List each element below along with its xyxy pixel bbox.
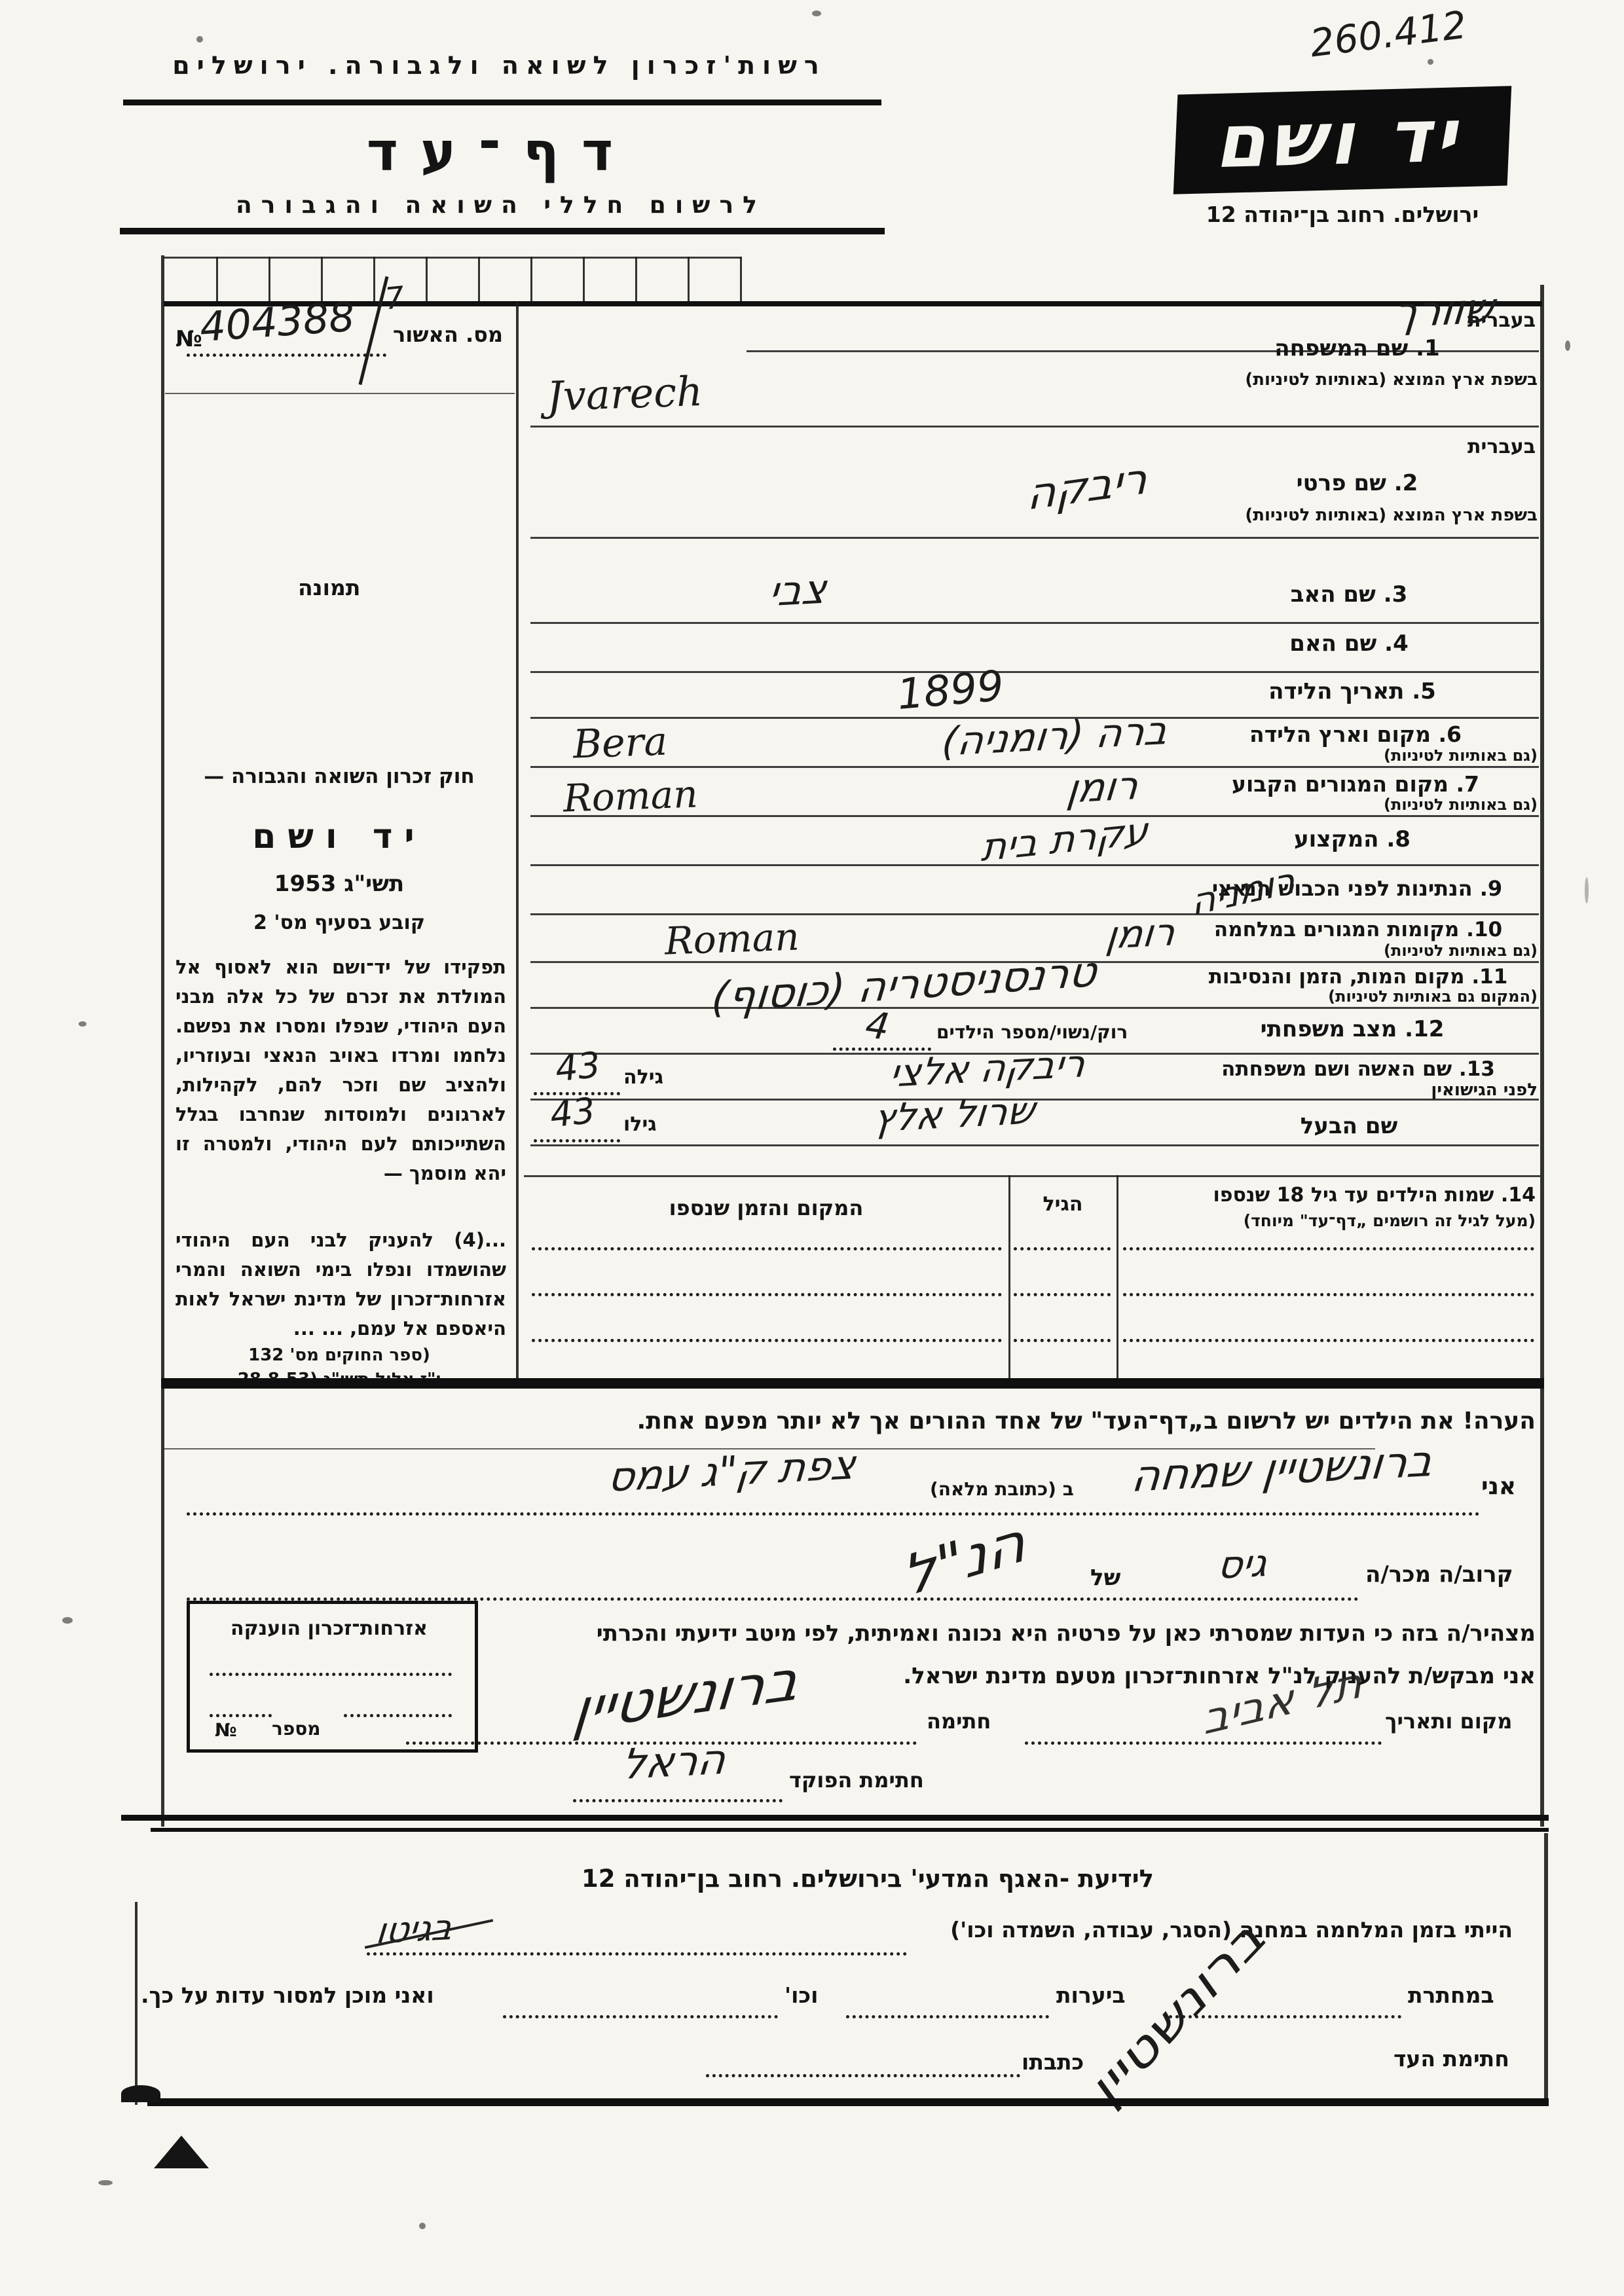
field-rule — [530, 766, 1539, 768]
header-rule-top — [123, 100, 881, 105]
underground-label: במחתרת — [1408, 1982, 1494, 2008]
field13-sub-label: לפני הגישואין — [1342, 1080, 1538, 1100]
strip-cell-line — [740, 257, 742, 302]
birthplace-latin-handwritten: Bera — [572, 719, 668, 768]
his-address-dots — [706, 2074, 1020, 2077]
residence-hebrew-handwritten: רומן — [1065, 763, 1140, 812]
wife-name-handwritten: ריבקה אלצי — [887, 1041, 1087, 1095]
approval-number-sign: № — [175, 326, 202, 352]
scan-artifact — [812, 10, 821, 16]
approval-suffix-handwritten: 7 — [383, 280, 406, 317]
relation-handwritten: גיס — [1215, 1540, 1269, 1588]
full-address-label: ב (כתובת מלאה) — [930, 1478, 1074, 1500]
witness-address-handwritten: צפת ק"ג עמס — [606, 1440, 858, 1501]
law-clause: ...(4) להעניק לבני העם היהודי שהושמדו ונ… — [175, 1226, 506, 1343]
form-subtitle: לרשום חללי השואה והגבורה — [124, 192, 877, 219]
field6-label: 6. מקום וארץ הלידה — [1179, 721, 1532, 747]
memorial-box-dots — [210, 1673, 452, 1676]
his-address-label: כתבתו — [1022, 2049, 1084, 2075]
marital-status-options: רוק/נשוי/מספר הילדים — [936, 1021, 1172, 1043]
strip-cell-line — [478, 257, 480, 302]
etc-dots — [503, 2015, 778, 2018]
field-rule — [530, 426, 1539, 428]
his-age-dots — [534, 1139, 620, 1142]
his-age-handwritten: 43 — [548, 1090, 597, 1136]
yad-vashem-logo-text: יד ושם — [1211, 87, 1474, 191]
approval-label: מס. האשור — [393, 322, 503, 347]
law-reference-1: (ספר החוקים מס' 132 — [172, 1345, 507, 1365]
relation-label: קרוב/ה מכר/ה — [1365, 1561, 1513, 1588]
bottom-border-left — [135, 1902, 138, 2105]
birth-year-handwritten: 1899 — [895, 662, 1006, 720]
firstname-hebrew-handwritten: ריבקה — [1026, 454, 1148, 520]
field1-sub-label: בשפת ארץ המוצא (באותיות לטיניות) — [1179, 370, 1538, 390]
of-label: של — [1090, 1565, 1120, 1591]
field13-label: 13. שם האשה ושם משפחתה — [1179, 1057, 1538, 1081]
memorial-box-dots — [210, 1714, 272, 1717]
field7-label: 7. מקום המגורים הקבוע — [1179, 771, 1532, 797]
forests-label: ביערות — [1056, 1982, 1126, 2008]
children-age-column-header: הגיל — [1014, 1193, 1112, 1216]
scan-artifact — [98, 2180, 113, 2185]
science-branch-note: לידיעת -האגף המדעי' בירושלים. רחוב בן־יה… — [458, 1865, 1277, 1893]
children-row-dots — [1123, 1293, 1534, 1296]
memorial-box-title: אזרחות־זכרון הוענקה — [193, 1617, 465, 1640]
witness-line-dots — [187, 1512, 1480, 1516]
children-row-dots — [1123, 1339, 1534, 1342]
note-line: הערה! את הילדים יש לרשום ב„דף־העד" של אח… — [216, 1408, 1536, 1434]
field7-sub-label: (גם באותיות לטיניות) — [1179, 795, 1538, 814]
strip-top-rule — [164, 257, 741, 259]
witness-signature-handwritten: ברונשטיין — [1076, 1913, 1276, 2115]
scan-artifact — [1428, 59, 1433, 65]
scan-artifact — [1565, 340, 1570, 351]
field3-label: 3. שם האב — [1179, 581, 1519, 608]
logo-address: ירושלים. רחוב בן־יהודה 12 — [1172, 202, 1513, 227]
value-area-divider — [516, 302, 519, 1383]
field14-sub-label: (מעל לגיל זה רושמים „דף־עד" מיוחד) — [1123, 1211, 1536, 1230]
law-intro: חוק זכרון השואה והגבורה — — [172, 765, 507, 788]
children-table-divider — [1008, 1175, 1010, 1378]
form-title: דף־עד — [124, 121, 877, 183]
field11-sub-label: (המקום גם באותיות לטיניות) — [1179, 987, 1538, 1006]
children-row-dots — [1014, 1247, 1111, 1250]
scan-artifact — [62, 1617, 73, 1624]
her-age-label: גילה — [623, 1066, 663, 1089]
war-residence-latin-handwritten: Roman — [664, 914, 800, 963]
war-residence-hebrew-handwritten: רומן — [1104, 909, 1177, 957]
memorial-box-dots — [344, 1714, 452, 1717]
surname-latin-handwritten: Jvarech — [546, 367, 703, 420]
header-rule-bottom — [120, 228, 885, 234]
husband-name-label: שם הבעל — [1179, 1113, 1519, 1139]
field-rule — [530, 1007, 1539, 1009]
law-year: תשי"ג 1953 — [172, 871, 507, 897]
profession-handwritten: עקרת בית — [980, 809, 1149, 870]
form-border-left — [161, 255, 164, 1827]
children-table-top — [524, 1175, 1540, 1177]
scan-artifact — [79, 1021, 86, 1027]
children-row-dots — [532, 1293, 1002, 1296]
children-row-dots — [532, 1247, 1002, 1250]
field11-label: 11. מקום המות, הזמן והנסיבות — [1179, 965, 1538, 989]
law-name: יד ושם — [172, 817, 507, 856]
strip-cell-line — [268, 257, 270, 302]
section-double-rule-1 — [121, 1815, 1549, 1821]
place-date-dots — [1025, 1741, 1382, 1745]
children-row-dots — [1123, 1247, 1534, 1250]
children-count-handwritten: 4 — [863, 1004, 892, 1049]
children-table-divider — [1116, 1175, 1118, 1378]
law-body: תפקידו של יד־ושם הוא לאסוף אל המולדת את … — [175, 953, 506, 1188]
forests-dots — [846, 2015, 1049, 2018]
corner-triangle-mark — [154, 2136, 209, 2168]
her-age-handwritten: 43 — [553, 1044, 602, 1090]
corner-curl-mark — [121, 2085, 160, 2102]
camp-line-dots — [367, 1952, 907, 1956]
approval-dotted-line — [187, 354, 386, 357]
field-rule — [530, 913, 1539, 915]
scan-artifact — [196, 36, 203, 43]
form-top-thick-rule — [164, 301, 1542, 306]
field10-sub-label: (גם באותיות לטיניות) — [1179, 941, 1538, 960]
field12-label: 12. מצב משפחתי — [1179, 1016, 1526, 1042]
father-name-handwritten: צבי — [767, 565, 829, 615]
children-row-dots — [1014, 1293, 1111, 1296]
field2-label: 2. שם פרטי — [1179, 470, 1536, 496]
form-border-right — [1540, 285, 1544, 1827]
strip-cell-line — [216, 257, 218, 302]
etc-label: וכו' — [784, 1982, 818, 2008]
signature-label: חתימה — [927, 1709, 991, 1734]
field14-label: 14. שמות הילדים עד גיל 18 שנספו — [1123, 1184, 1536, 1207]
strip-cell-line — [530, 257, 532, 302]
scan-artifact — [419, 2223, 426, 2229]
authority-line: רשות'זכרון לשואה ולגבורה. ירושלים — [124, 51, 874, 80]
residence-latin-handwritten: Roman — [563, 771, 699, 820]
field4-label: 4. שם האם — [1179, 630, 1519, 657]
clerk-signature-dots — [573, 1799, 783, 1802]
his-age-label: גילו — [623, 1113, 657, 1136]
clerk-signature-handwritten: הראל — [619, 1736, 728, 1789]
place-date-label: מקום ותאריך — [1385, 1709, 1512, 1734]
strip-cell-line — [635, 257, 637, 302]
strip-cell-line — [373, 257, 375, 302]
strip-cell-line — [688, 257, 690, 302]
file-number-handwritten: 260.412 — [1308, 3, 1469, 66]
i-label: אני — [1481, 1473, 1516, 1500]
clerk-signature-label: חתימת הפוקד — [789, 1768, 924, 1793]
yad-vashem-logo: יד ושם — [1173, 86, 1511, 194]
section-double-rule-2 — [151, 1828, 1549, 1832]
approval-underline — [165, 393, 515, 394]
field5-label: 5. תאריך הלידה — [1179, 678, 1526, 704]
field10-label: 10. מקומות המגורים במלחמה — [1179, 918, 1538, 941]
strip-cell-line — [426, 257, 428, 302]
bottom-border — [147, 2098, 1549, 2106]
witness-name-handwritten: ברונשטיין שמחה — [1129, 1436, 1435, 1502]
surname-hebrew-handwritten: שוורך — [1392, 284, 1497, 338]
field-rule — [530, 622, 1539, 624]
field8-label: 8. המקצוע — [1179, 826, 1526, 852]
children-row-dots — [1014, 1339, 1111, 1342]
ready-to-testify-label: ואני מוכן למסור עדות על כך. — [141, 1982, 434, 2008]
field-rule — [530, 1144, 1539, 1146]
children-table-bottom-bar — [161, 1378, 1544, 1389]
field-rule — [530, 671, 1539, 673]
memorial-box-number-sign: № — [215, 1719, 237, 1741]
scanned-testimony-page: רשות'זכרון לשואה ולגבורה. ירושלים דף־עד … — [0, 0, 1624, 2296]
children-row-dots — [532, 1339, 1002, 1342]
strip-cell-line — [583, 257, 585, 302]
field-rule — [530, 864, 1539, 866]
approval-number-handwritten: 404388 — [198, 293, 356, 351]
bottom-border-right — [1544, 1833, 1548, 2105]
law-section: קובע בסעיף מס' 2 — [172, 911, 507, 934]
scan-artifact — [1585, 877, 1589, 903]
field-rule — [530, 537, 1539, 539]
field1-label: 1. שם המשפחה — [1179, 335, 1536, 361]
memorial-box-number-label: מספר — [272, 1718, 321, 1740]
field2-language-label: בעברית — [1283, 435, 1536, 458]
witness-signature-label: חתימת העד — [1393, 2046, 1509, 2071]
husband-name-handwritten: שרול אלץ — [872, 1088, 1037, 1141]
children-place-column-header: המקום והזמן שנספו — [530, 1195, 1002, 1220]
field2-sub-label: בשפת ארץ המוצא (באותיות לטיניות) — [1179, 505, 1538, 525]
field6-sub-label: (גם באותיות לטיניות) — [1179, 746, 1538, 765]
photo-label: תמונה — [298, 575, 360, 600]
of-whom-handwritten: הנ"ל — [899, 1508, 1028, 1610]
